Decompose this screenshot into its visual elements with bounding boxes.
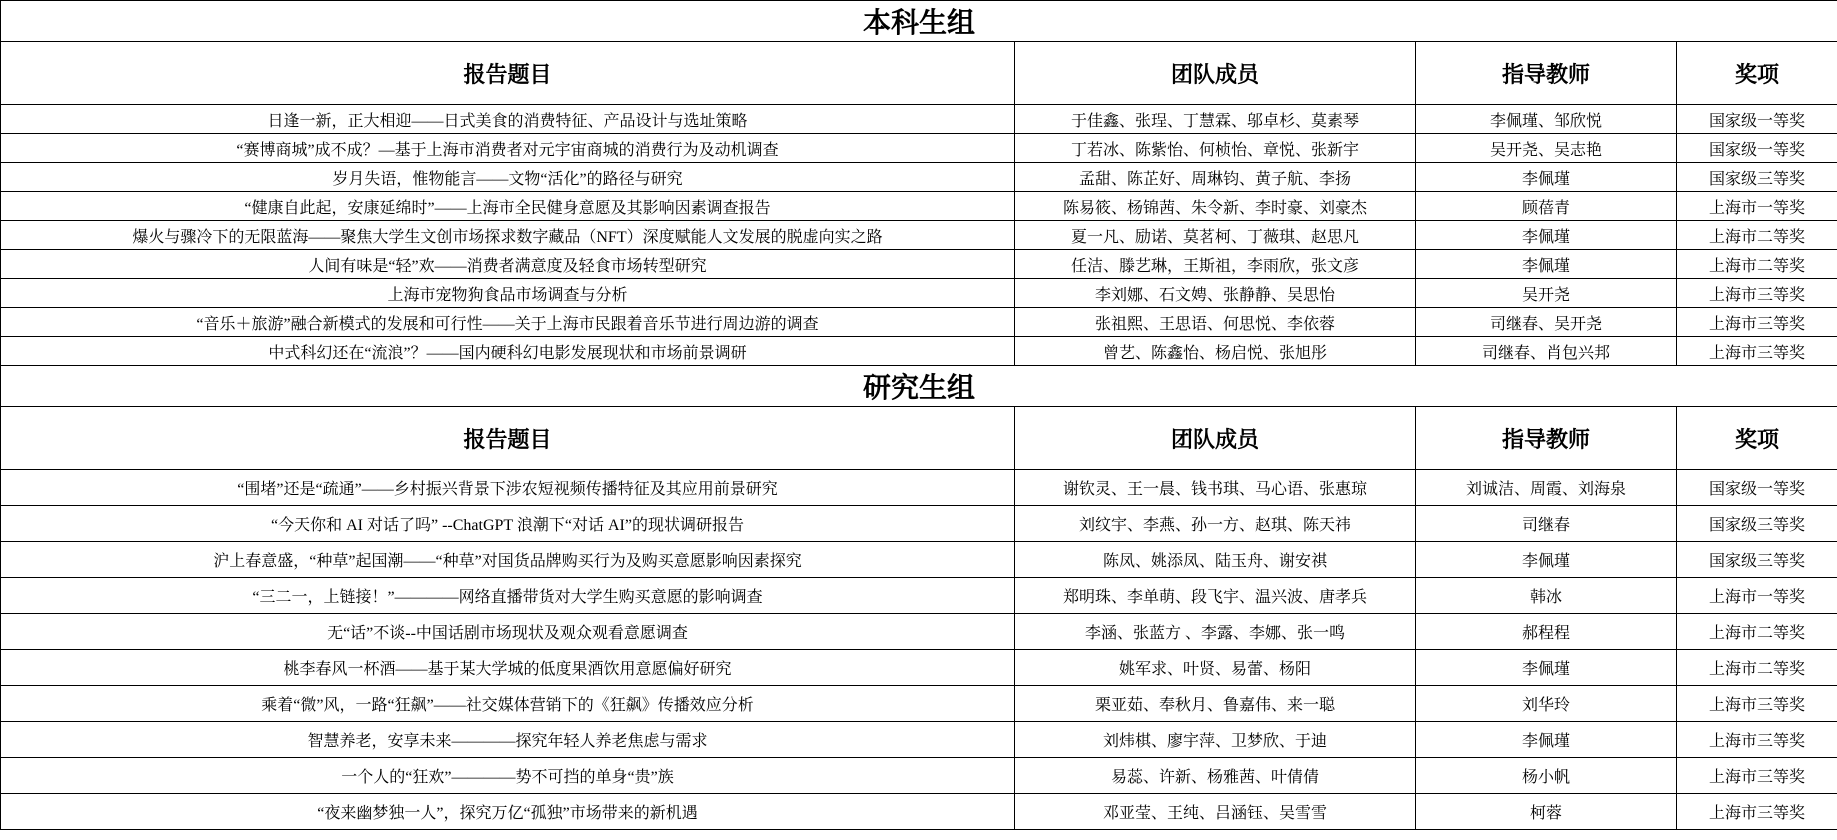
members-cell: 郑明珠、李单萌、段飞宇、温兴波、唐孝兵: [1015, 578, 1416, 614]
advisors-cell: 杨小帆: [1416, 758, 1677, 794]
advisors-cell: 郝程程: [1416, 614, 1677, 650]
table-row: 智慧养老，安享未来————探究年轻人养老焦虑与需求刘炜棋、廖宇萍、卫梦欣、于迪李…: [1, 722, 1837, 758]
table-row: 日逢一新，正大相迎——日式美食的消费特征、产品设计与选址策略于佳鑫、张珵、丁慧霖…: [1, 105, 1837, 134]
group-title-graduate: 研究生组: [1, 366, 1837, 407]
title-cell: 日逢一新，正大相迎——日式美食的消费特征、产品设计与选址策略: [1, 105, 1015, 134]
group-row-graduate: 研究生组: [1, 366, 1837, 407]
title-cell: 智慧养老，安享未来————探究年轻人养老焦虑与需求: [1, 722, 1015, 758]
title-cell: 沪上春意盛，“种草”起国潮——“种草”对国货品牌购买行为及购买意愿影响因素探究: [1, 542, 1015, 578]
award-cell: 上海市三等奖: [1677, 308, 1837, 337]
advisors-cell: 司继春: [1416, 506, 1677, 542]
title-cell: 岁月失语，惟物能言——文物“活化”的路径与研究: [1, 163, 1015, 192]
award-cell: 国家级三等奖: [1677, 542, 1837, 578]
title-cell: 爆火与骤冷下的无限蓝海——聚焦大学生文创市场探求数字藏品（NFT）深度赋能人文发…: [1, 221, 1015, 250]
table-row: “三二一，上链接！”————网络直播带货对大学生购买意愿的影响调查郑明珠、李单萌…: [1, 578, 1837, 614]
members-cell: 陈凤、姚添凤、陆玉舟、谢安祺: [1015, 542, 1416, 578]
members-cell: 夏一凡、励诺、莫茗柯、丁薇琪、赵思凡: [1015, 221, 1416, 250]
table-row: 爆火与骤冷下的无限蓝海——聚焦大学生文创市场探求数字藏品（NFT）深度赋能人文发…: [1, 221, 1837, 250]
advisors-cell: 李佩瑾: [1416, 221, 1677, 250]
table-row: “今天你和 AI 对话了吗” --ChatGPT 浪潮下“对话 AI”的现状调研…: [1, 506, 1837, 542]
table-row: 人间有味是“轻”欢——消费者满意度及轻食市场转型研究任洁、滕艺琳，王斯祖，李雨欣…: [1, 250, 1837, 279]
advisors-cell: 柯蓉: [1416, 794, 1677, 830]
members-cell: 任洁、滕艺琳，王斯祖，李雨欣，张文彦: [1015, 250, 1416, 279]
column-header: 报告题目: [1, 407, 1015, 470]
advisors-cell: 刘诚洁、周霞、刘海泉: [1416, 470, 1677, 506]
advisors-cell: 李佩瑾: [1416, 722, 1677, 758]
members-cell: 邓亚莹、王纯、吕涵钰、吴雪雪: [1015, 794, 1416, 830]
award-cell: 上海市一等奖: [1677, 578, 1837, 614]
advisors-cell: 司继春、肖包兴邦: [1416, 337, 1677, 366]
column-header: 团队成员: [1015, 407, 1416, 470]
table-row: 沪上春意盛，“种草”起国潮——“种草”对国货品牌购买行为及购买意愿影响因素探究陈…: [1, 542, 1837, 578]
members-cell: 张祖熙、王思语、何思悦、李依蓉: [1015, 308, 1416, 337]
advisors-cell: 吴开尧、吴志艳: [1416, 134, 1677, 163]
advisors-cell: 李佩瑾: [1416, 163, 1677, 192]
title-cell: 人间有味是“轻”欢——消费者满意度及轻食市场转型研究: [1, 250, 1015, 279]
advisors-cell: 李佩瑾: [1416, 250, 1677, 279]
award-cell: 上海市三等奖: [1677, 794, 1837, 830]
award-cell: 上海市三等奖: [1677, 758, 1837, 794]
table-row: 中式科幻还在“流浪”？——国内硬科幻电影发展现状和市场前景调研曾艺、陈鑫怡、杨启…: [1, 337, 1837, 366]
award-cell: 国家级一等奖: [1677, 105, 1837, 134]
awards-table: 本科生组报告题目团队成员指导教师奖项日逢一新，正大相迎——日式美食的消费特征、产…: [0, 0, 1837, 830]
title-cell: 一个人的“狂欢”————势不可挡的单身“贵”族: [1, 758, 1015, 794]
advisors-cell: 李佩瑾: [1416, 542, 1677, 578]
award-cell: 国家级三等奖: [1677, 163, 1837, 192]
award-cell: 国家级一等奖: [1677, 470, 1837, 506]
column-header: 团队成员: [1015, 42, 1416, 105]
title-cell: “今天你和 AI 对话了吗” --ChatGPT 浪潮下“对话 AI”的现状调研…: [1, 506, 1015, 542]
table-row: 无“话”不谈--中国话剧市场现状及观众观看意愿调查李涵、张蓝方 、李露、李娜、张…: [1, 614, 1837, 650]
table-row: 上海市宠物狗食品市场调查与分析李刘娜、石文娉、张静静、吴思怡吴开尧上海市三等奖: [1, 279, 1837, 308]
award-cell: 上海市二等奖: [1677, 614, 1837, 650]
table-row: “夜来幽梦独一人”，探究万亿“孤独”市场带来的新机遇邓亚莹、王纯、吕涵钰、吴雪雪…: [1, 794, 1837, 830]
advisors-cell: 刘华玲: [1416, 686, 1677, 722]
members-cell: 李涵、张蓝方 、李露、李娜、张一鸣: [1015, 614, 1416, 650]
award-cell: 上海市二等奖: [1677, 221, 1837, 250]
table-row: 一个人的“狂欢”————势不可挡的单身“贵”族易蕊、许新、杨雅茜、叶倩倩杨小帆上…: [1, 758, 1837, 794]
members-cell: 陈易筱、杨锦茜、朱令新、李时豪、刘豪杰: [1015, 192, 1416, 221]
members-cell: 栗亚茹、奉秋月、鲁嘉伟、来一聪: [1015, 686, 1416, 722]
award-cell: 国家级三等奖: [1677, 506, 1837, 542]
members-cell: 孟甜、陈芷好、周琳钧、黄子航、李扬: [1015, 163, 1416, 192]
title-cell: “音乐＋旅游”融合新模式的发展和可行性——关于上海市民跟着音乐节进行周边游的调查: [1, 308, 1015, 337]
column-header: 指导教师: [1416, 407, 1677, 470]
table-row: 乘着“微”风，一路“狂飙”——社交媒体营销下的《狂飙》传播效应分析栗亚茹、奉秋月…: [1, 686, 1837, 722]
table-row: “健康自此起，安康延绵时”——上海市全民健身意愿及其影响因素调查报告陈易筱、杨锦…: [1, 192, 1837, 221]
table-row: “音乐＋旅游”融合新模式的发展和可行性——关于上海市民跟着音乐节进行周边游的调查…: [1, 308, 1837, 337]
award-cell: 上海市三等奖: [1677, 279, 1837, 308]
award-cell: 上海市三等奖: [1677, 686, 1837, 722]
table-row: 岁月失语，惟物能言——文物“活化”的路径与研究孟甜、陈芷好、周琳钧、黄子航、李扬…: [1, 163, 1837, 192]
award-cell: 上海市三等奖: [1677, 337, 1837, 366]
members-cell: 刘炜棋、廖宇萍、卫梦欣、于迪: [1015, 722, 1416, 758]
advisors-cell: 韩冰: [1416, 578, 1677, 614]
title-cell: 无“话”不谈--中国话剧市场现状及观众观看意愿调查: [1, 614, 1015, 650]
title-cell: 上海市宠物狗食品市场调查与分析: [1, 279, 1015, 308]
award-cell: 上海市三等奖: [1677, 722, 1837, 758]
column-header-row-graduate: 报告题目团队成员指导教师奖项: [1, 407, 1837, 470]
column-header: 报告题目: [1, 42, 1015, 105]
column-header: 奖项: [1677, 42, 1837, 105]
group-row-undergraduate: 本科生组: [1, 1, 1837, 42]
advisors-cell: 顾蓓青: [1416, 192, 1677, 221]
advisors-cell: 李佩瑾: [1416, 650, 1677, 686]
column-header: 指导教师: [1416, 42, 1677, 105]
advisors-cell: 吴开尧: [1416, 279, 1677, 308]
title-cell: 中式科幻还在“流浪”？——国内硬科幻电影发展现状和市场前景调研: [1, 337, 1015, 366]
advisors-cell: 李佩瑾、邹欣悦: [1416, 105, 1677, 134]
members-cell: 谢钦灵、王一晨、钱书琪、马心语、张惠琼: [1015, 470, 1416, 506]
members-cell: 丁若冰、陈紫怡、何桢怡、章悦、张新宇: [1015, 134, 1416, 163]
title-cell: “三二一，上链接！”————网络直播带货对大学生购买意愿的影响调查: [1, 578, 1015, 614]
column-header: 奖项: [1677, 407, 1837, 470]
members-cell: 曾艺、陈鑫怡、杨启悦、张旭彤: [1015, 337, 1416, 366]
members-cell: 刘纹宇、李燕、孙一方、赵琪、陈天祎: [1015, 506, 1416, 542]
title-cell: 桃李春风一杯酒——基于某大学城的低度果酒饮用意愿偏好研究: [1, 650, 1015, 686]
title-cell: “围堵”还是“疏通”——乡村振兴背景下涉农短视频传播特征及其应用前景研究: [1, 470, 1015, 506]
title-cell: “赛博商城”成不成？—基于上海市消费者对元宇宙商城的消费行为及动机调查: [1, 134, 1015, 163]
advisors-cell: 司继春、吴开尧: [1416, 308, 1677, 337]
award-cell: 上海市二等奖: [1677, 250, 1837, 279]
title-cell: 乘着“微”风，一路“狂飙”——社交媒体营销下的《狂飙》传播效应分析: [1, 686, 1015, 722]
group-title-undergraduate: 本科生组: [1, 1, 1837, 42]
table-row: 桃李春风一杯酒——基于某大学城的低度果酒饮用意愿偏好研究姚军求、叶贤、易蕾、杨阳…: [1, 650, 1837, 686]
award-cell: 上海市二等奖: [1677, 650, 1837, 686]
title-cell: “健康自此起，安康延绵时”——上海市全民健身意愿及其影响因素调查报告: [1, 192, 1015, 221]
table-row: “围堵”还是“疏通”——乡村振兴背景下涉农短视频传播特征及其应用前景研究谢钦灵、…: [1, 470, 1837, 506]
members-cell: 李刘娜、石文娉、张静静、吴思怡: [1015, 279, 1416, 308]
title-cell: “夜来幽梦独一人”，探究万亿“孤独”市场带来的新机遇: [1, 794, 1015, 830]
members-cell: 姚军求、叶贤、易蕾、杨阳: [1015, 650, 1416, 686]
award-cell: 上海市一等奖: [1677, 192, 1837, 221]
table-row: “赛博商城”成不成？—基于上海市消费者对元宇宙商城的消费行为及动机调查丁若冰、陈…: [1, 134, 1837, 163]
members-cell: 于佳鑫、张珵、丁慧霖、邬卓杉、莫素琴: [1015, 105, 1416, 134]
award-cell: 国家级一等奖: [1677, 134, 1837, 163]
members-cell: 易蕊、许新、杨雅茜、叶倩倩: [1015, 758, 1416, 794]
column-header-row-undergraduate: 报告题目团队成员指导教师奖项: [1, 42, 1837, 105]
